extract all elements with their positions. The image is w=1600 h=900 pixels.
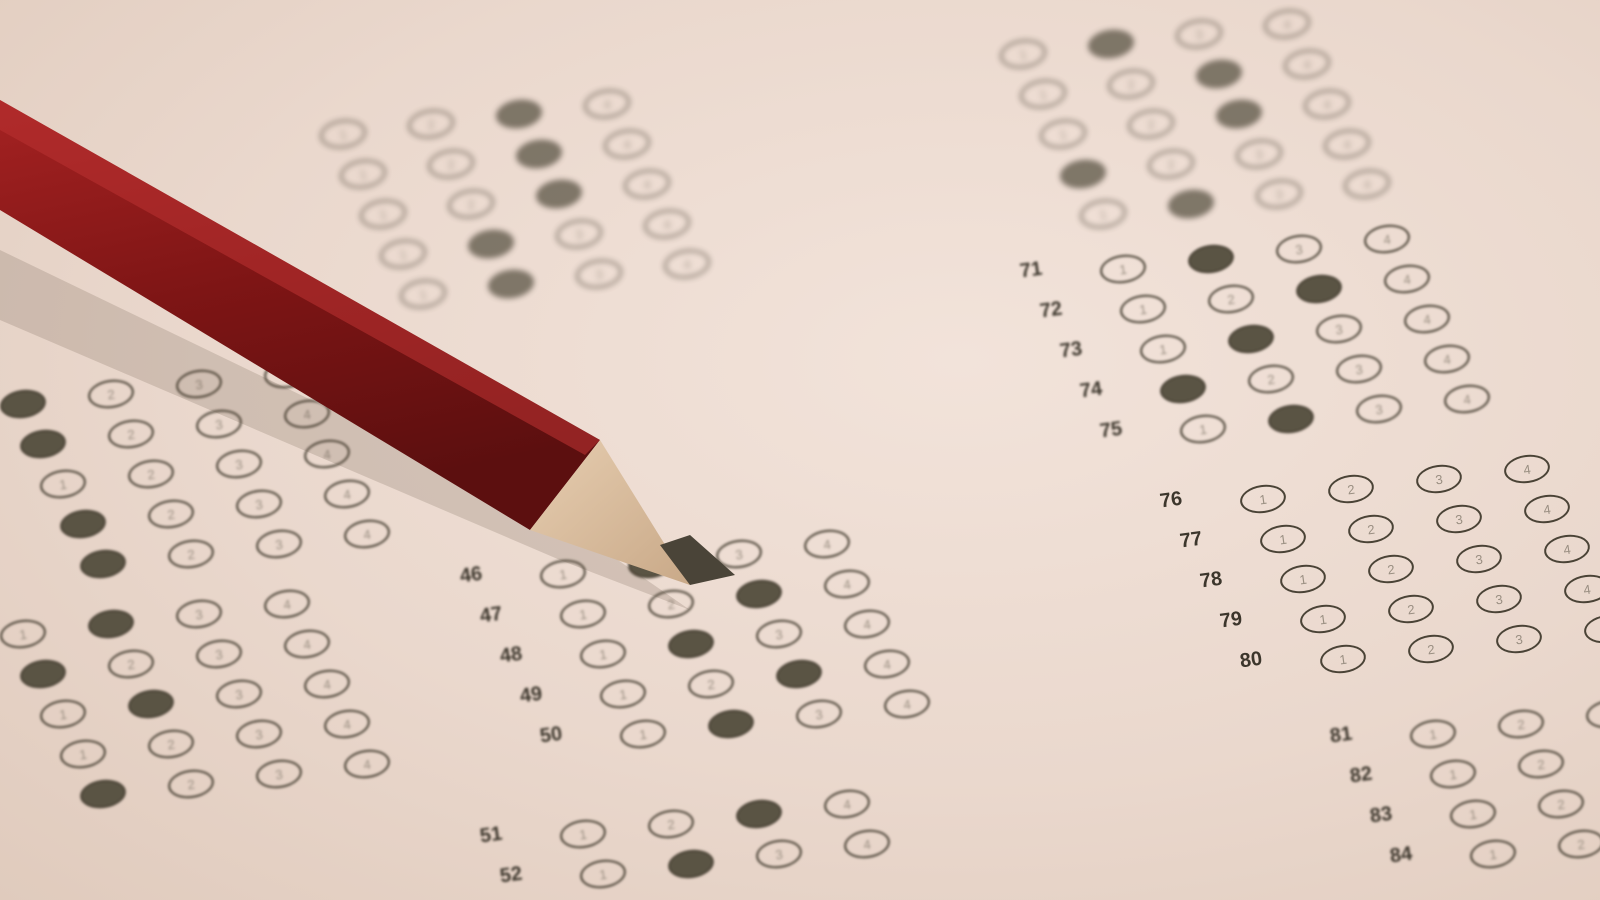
answer-bubble: 2 xyxy=(106,647,155,681)
answer-bubble: 1 xyxy=(38,697,87,731)
answer-bubble: 3 xyxy=(234,717,283,751)
answer-bubble: 4 xyxy=(302,667,351,701)
answer-bubble: 1 xyxy=(58,737,107,771)
answer-bubble: 3 xyxy=(254,757,303,791)
answer-bubble: 2 xyxy=(146,727,195,761)
answer-bubble: 3 xyxy=(214,677,263,711)
answer-bubble: 4 xyxy=(262,587,311,621)
answer-bubble: 2 xyxy=(166,767,215,801)
answer-bubble: 1 xyxy=(18,657,67,691)
answer-sheet-photo: 4612344712344812344912345012345112345212… xyxy=(0,0,1600,900)
answer-bubble: 4 xyxy=(322,707,371,741)
answer-bubble: 4 xyxy=(342,747,391,781)
answer-bubble: 1 xyxy=(0,617,48,651)
answer-bubble: 3 xyxy=(194,637,243,671)
answer-bubble: 2 xyxy=(126,687,175,721)
answer-bubble: 2 xyxy=(86,607,135,641)
answer-bubble: 3 xyxy=(174,597,223,631)
answer-bubble: 1 xyxy=(78,777,127,811)
answer-bubble: 4 xyxy=(282,627,331,661)
